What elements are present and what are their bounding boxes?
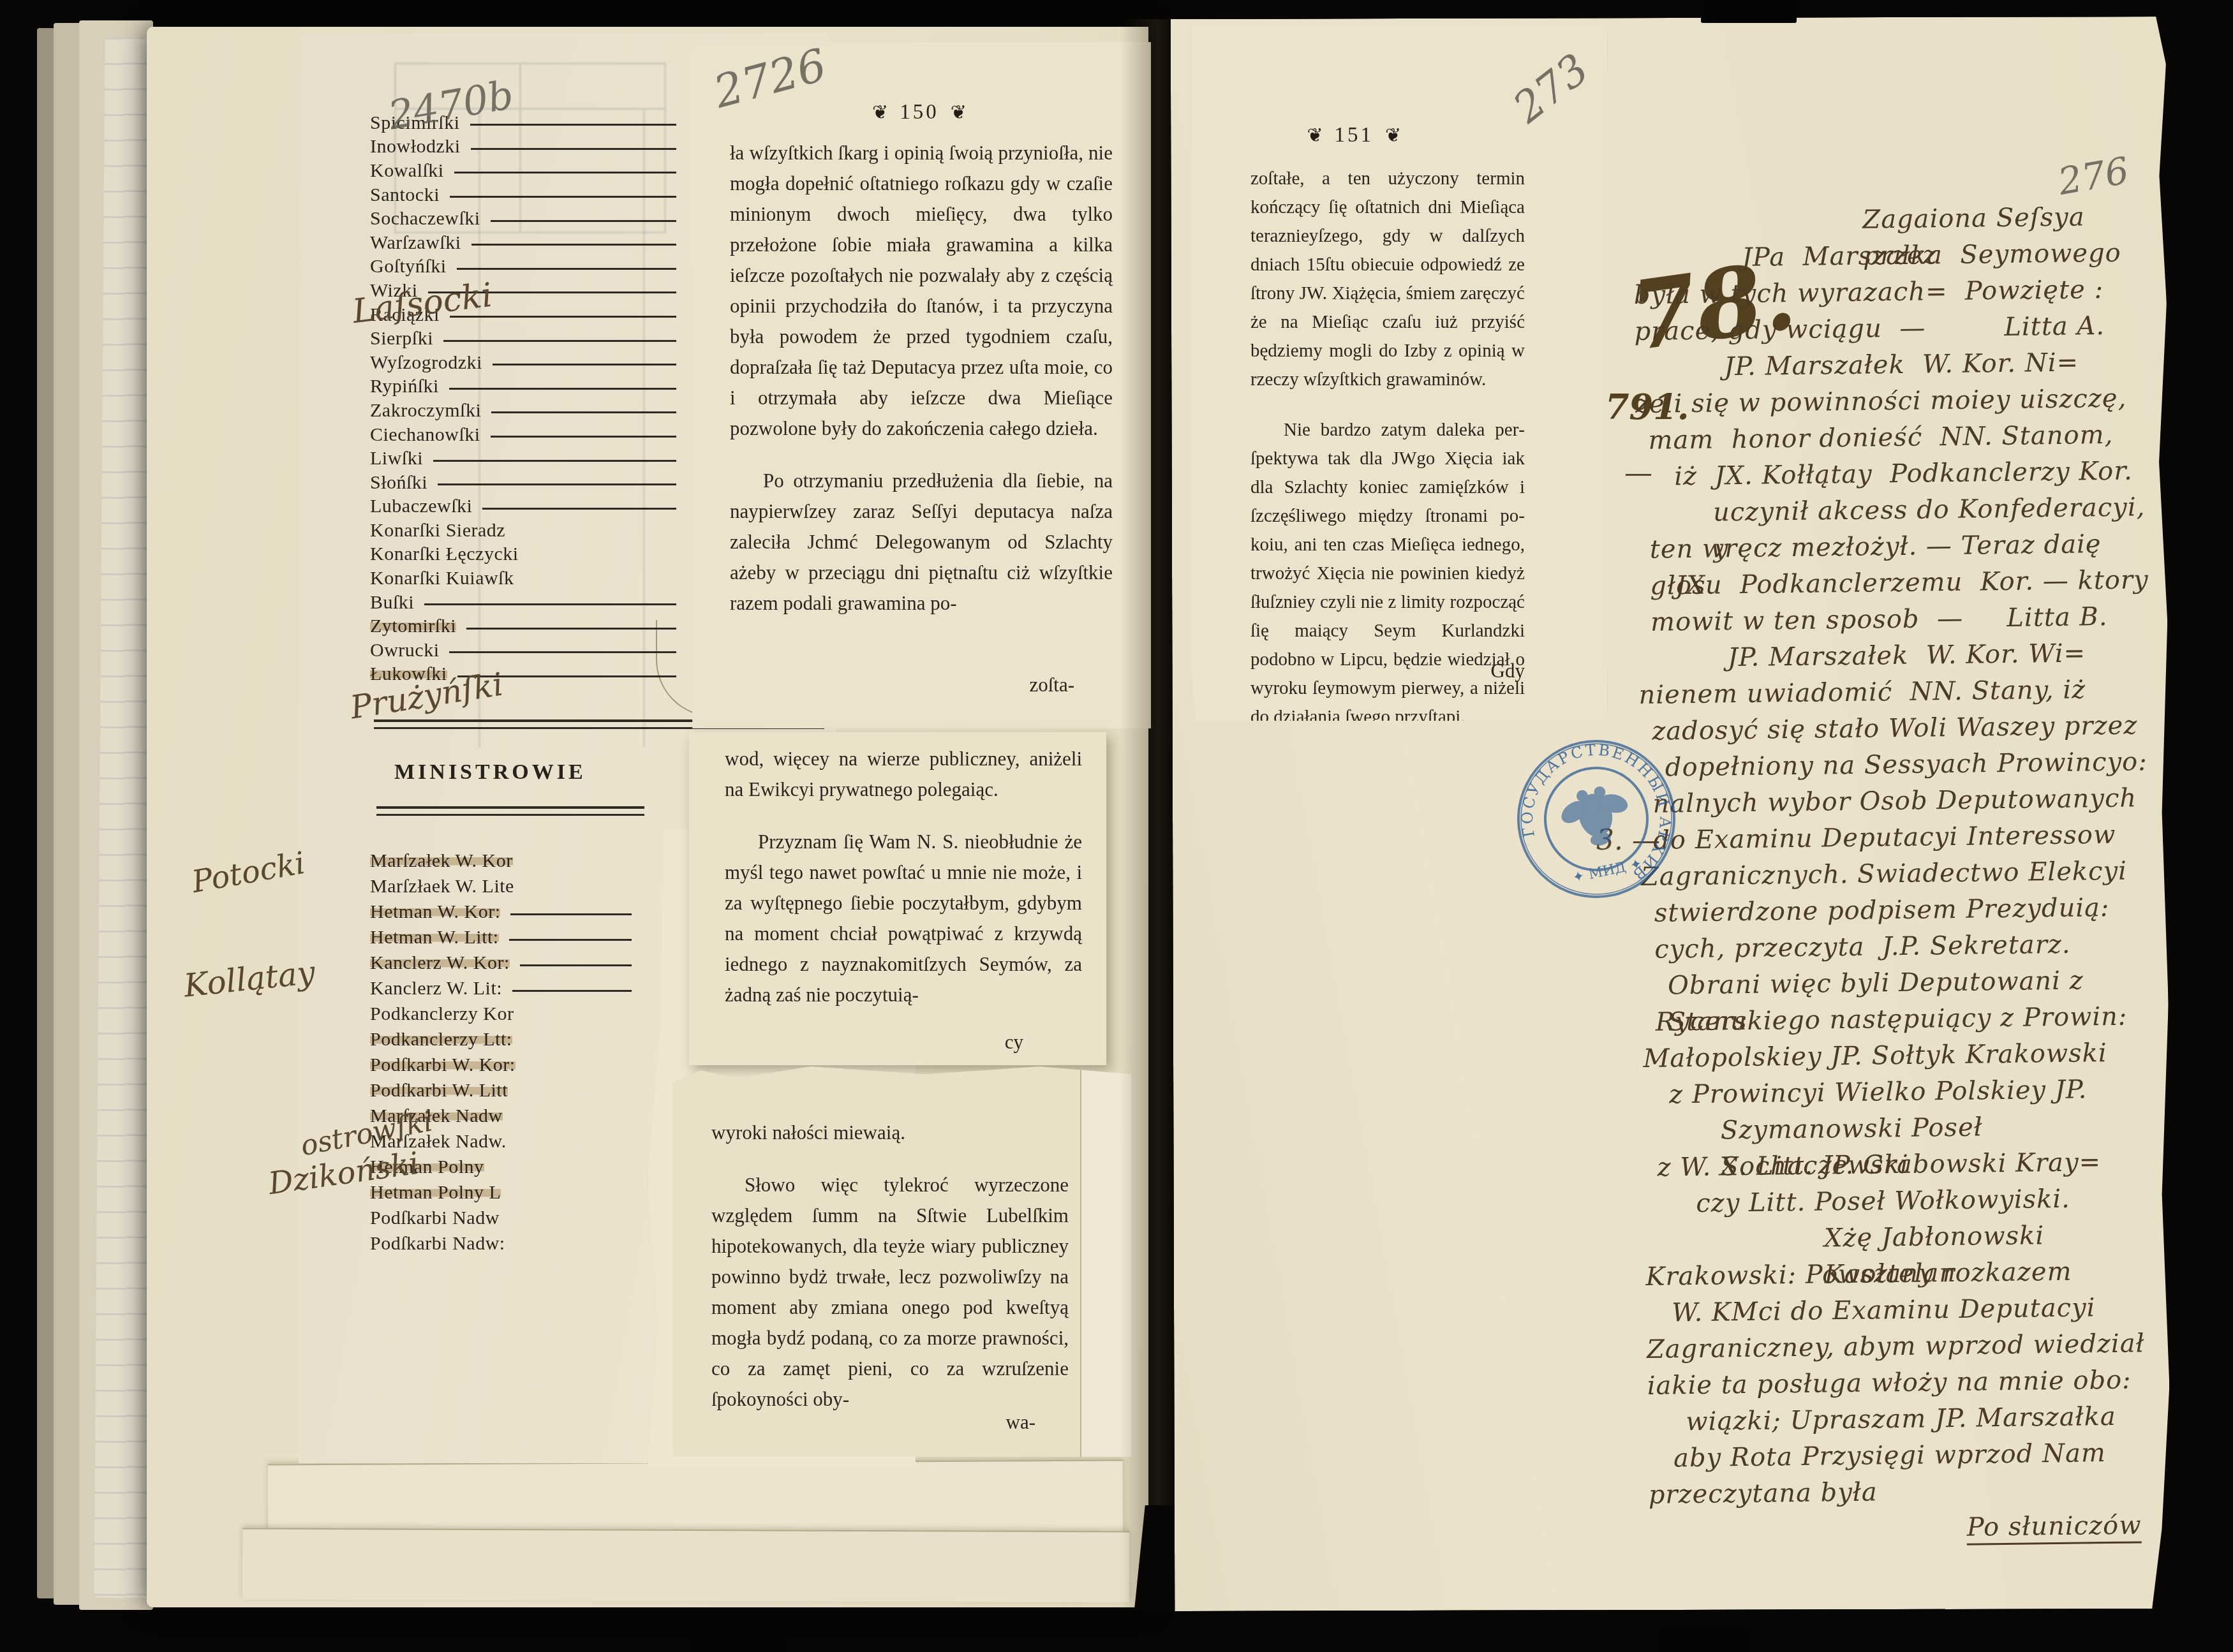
- minister-row: Hetman W. Litt:: [370, 925, 644, 950]
- printed-dash-rule: [491, 411, 676, 413]
- archive-book-scan: Spicimirſki Inowłodzki Kowalſki Santocki…: [0, 0, 2233, 1652]
- sejmik-name: Liwſki: [370, 448, 423, 469]
- sejmik-row: Zakroczymſki: [370, 399, 689, 423]
- floral-ornament: ❦: [861, 102, 900, 123]
- sejmik-name: Konarſki Sieradz: [370, 520, 505, 542]
- handwritten-line: ten wręcz mezłożył. — Teraz daię głos: [1636, 526, 2155, 568]
- handwritten-line: czy Litt. Poseł Wołkowyiski.: [1645, 1180, 2163, 1223]
- handwritten-line: Po słuniczów: [1649, 1507, 2167, 1550]
- sejmik-row: Inowłodzki: [370, 135, 689, 159]
- page-number: 151: [1335, 124, 1374, 147]
- handwritten-line: aby Rota Przysięgi wprzod Nam: [1648, 1434, 2167, 1477]
- handwritten-line: Szymanowski Poseł Sochaczewski: [1644, 1107, 2163, 1150]
- paragraph: Słowo więc tylekroć wyrzeczo­ne względem…: [711, 1170, 1069, 1415]
- printed-text-151: zoſtałe, a ten użyczony termin kończący …: [1250, 165, 1525, 753]
- handwritten-line: cych, przeczyta J.P. Sekretarz.: [1642, 926, 2160, 968]
- handwritten-line: JP. Marszałek W. Kor. Ni=: [1635, 344, 2153, 387]
- sejmik-row: Kowalſki: [370, 159, 689, 183]
- printed-dash-rule: [454, 172, 676, 173]
- printed-dash-rule: [510, 913, 632, 915]
- printed-dash-rule: [512, 990, 632, 992]
- handwritten-line: przeczytana była: [1649, 1471, 2167, 1514]
- sejmik-name: Konarſki Kuiawſk: [370, 568, 514, 589]
- paragraph: Nie bardzo zatym daleka per­ſpektywa tak…: [1250, 416, 1525, 732]
- paragraph: wod, więcey na wierze publiczney, aniżel…: [725, 744, 1082, 805]
- ministers-heading: MINISTROWIE: [394, 760, 586, 785]
- sejmik-row: Wyſzogrodzki: [370, 351, 689, 375]
- handwritten-line: Rycerskiego następuiący z Prowin:: [1642, 998, 2161, 1041]
- sejmik-name: Słońſki: [370, 472, 427, 494]
- minister-title: Podſkarbi W. Kor:: [370, 1054, 516, 1076]
- sejmik-row: Słońſki: [370, 471, 689, 495]
- paragraph: Przyznam ſię Wam N. S. nieobłu­dnie że m…: [725, 827, 1082, 1010]
- sejmik-row: Konarſki Łęczycki: [370, 543, 689, 567]
- paragraph: Po otrzymaniu przedłużenia dla ſiebie, n…: [730, 466, 1113, 619]
- handwritten-session-text: Zagaiona Seſsya przezJPa Marszałka Seymo…: [1633, 198, 2167, 1550]
- printed-fragment-wod: wod, więcey na wierze publiczney, aniżel…: [689, 732, 1106, 1065]
- floral-ornament: ❦: [939, 102, 978, 123]
- printed-dash-rule: [482, 508, 676, 510]
- sejmik-row: Owrucki: [370, 638, 689, 663]
- sejmik-name: Kowalſki: [370, 160, 444, 182]
- handwritten-line: W. KMci do Examinu Deputacyi: [1646, 1289, 2165, 1332]
- catchword: zoſta-: [1029, 674, 1074, 697]
- printed-dash-rule: [450, 196, 676, 198]
- sejmik-name: Sierpſki: [370, 328, 433, 350]
- handwritten-line: z Prowincyi Wielko Polskiey JP.: [1643, 1071, 2162, 1114]
- minister-title: Kanclerz W. Lit:: [370, 978, 502, 999]
- sejmik-name: Lubaczewſki: [370, 496, 472, 517]
- minister-row: Kanclerz W. Lit:: [370, 976, 644, 1001]
- handwritten-line: dopełniony na Sessyach Prowincyo:: [1640, 744, 2158, 786]
- printed-dash-rule: [491, 220, 676, 222]
- minister-row: Podſkarbi W. Litt: [370, 1078, 644, 1103]
- printed-dash-rule: [443, 340, 676, 342]
- minister-row: Hetman Polny L: [370, 1180, 644, 1206]
- handwritten-line: Xżę Jabłonowski Kasztelan: [1645, 1216, 2164, 1259]
- handwritten-line: Zagraniczney, abym wprzod wiedział: [1647, 1325, 2165, 1368]
- handwritten-line: JPa Marszałka Seymowego: [1633, 235, 2152, 277]
- printed-text-wod: wod, więcey na wierze publiczney, aniżel…: [725, 744, 1082, 1032]
- sejmik-name: Warſzawſki: [370, 232, 461, 254]
- sejmik-row: Ciechanowſki: [370, 423, 689, 447]
- double-rule: [376, 806, 644, 816]
- sejmik-row: Goſtyńſki: [370, 255, 689, 279]
- paragraph: wyroki nałości miewaią.: [711, 1117, 1069, 1148]
- page-stack-edge: [54, 23, 82, 1605]
- printed-dash-rule: [449, 388, 676, 390]
- sejmik-name: Zytomirſki: [370, 616, 456, 637]
- scanner-clamp: [1701, 0, 1797, 23]
- catchword: wa-: [1006, 1411, 1035, 1434]
- printed-fragment-wyroki: wyroki nałości miewaią. Słowo więc tylek…: [673, 1066, 1131, 1457]
- handwritten-line: mowit w ten sposob — Litta B.: [1638, 598, 2156, 641]
- sejmik-name: Owrucki: [370, 640, 439, 661]
- minister-row: Kanclerz W. Kor:: [370, 950, 644, 976]
- sejmik-list: Spicimirſki Inowłodzki Kowalſki Santocki…: [370, 111, 689, 686]
- printed-dash-rule: [493, 364, 676, 365]
- scanner-clamp: [1656, 1625, 1753, 1652]
- sejmik-name: Wyſzogrodzki: [370, 352, 482, 374]
- minister-title: Podſkarbi Nadw:: [370, 1233, 505, 1255]
- stamp-eagle: [1554, 781, 1638, 853]
- minister-row: Marſzałek W. Kor: [370, 848, 644, 874]
- handwritten-line: Krakowski: Powołany rozkazem: [1645, 1253, 2164, 1295]
- sejmik-row: Liwſki: [370, 446, 689, 471]
- handwritten-line: Małopolskiey JP. Sołtyk Krakowski: [1643, 1035, 2162, 1077]
- floral-ornament: ❦: [1374, 125, 1413, 146]
- handwritten-line: prace, gdy wciągu — Litta A.: [1634, 307, 2153, 350]
- paper-edge: [242, 1528, 1129, 1603]
- catchword: Gdy: [1491, 660, 1525, 682]
- minister-row: Podkanclerzy Kor: [370, 1001, 644, 1027]
- archive-stamp: ГОСУДАРСТВЕННЫЙ АРХИВ ✦ МИД ✦: [1494, 716, 1700, 922]
- handwritten-line: uczynił akcess do Konfederacyi, y: [1636, 489, 2155, 532]
- stamp-bottom-text: ✦ МИД ✦: [1571, 856, 1643, 886]
- printed-dash-rule: [450, 316, 676, 318]
- handwritten-line: Obrani więc byli Deputowani z Stanu: [1642, 962, 2161, 1005]
- printed-dash-rule: [471, 148, 676, 150]
- minister-row: Podſkarbi Nadw:: [370, 1231, 644, 1257]
- sejmik-row: Rypińſki: [370, 375, 689, 399]
- minister-row: Podſkarbi W. Kor:: [370, 1052, 644, 1078]
- printed-dash-rule: [491, 436, 676, 438]
- sejmik-name: Santocki: [370, 184, 440, 206]
- sejmik-row: Konarſki Sieradz: [370, 519, 689, 543]
- sejmik-row: Warſzawſki: [370, 231, 689, 255]
- handwritten-line: była w tych wyrazach= Powzięte :: [1634, 271, 2153, 314]
- printed-dash-rule: [457, 268, 676, 270]
- page-number: 150: [900, 101, 939, 124]
- minister-title: Hetman W. Litt:: [370, 927, 499, 948]
- sejmik-row: Sierpſki: [370, 327, 689, 351]
- paragraph: ła wſzyſtkich ſkarg i opinią ſwoią przyn…: [730, 138, 1113, 444]
- handwritten-line: zeli się w powinności moiey uiszczę,: [1635, 380, 2154, 423]
- sejmik-name: Inowłodzki: [370, 136, 461, 158]
- minister-title: Hetman W. Kor:: [370, 901, 500, 923]
- catchword: cy: [1005, 1031, 1023, 1054]
- minister-title: Podſkarbi W. Litt: [370, 1080, 508, 1102]
- sejmik-name: Sochaczewſki: [370, 208, 480, 230]
- handwritten-line: iż JX. Kołłątay Podkanclerzy Kor.: [1636, 453, 2155, 496]
- printed-dash-rule: [509, 939, 632, 941]
- handwritten-line: JP. Marszałek W. Kor. Wi=: [1638, 635, 2157, 677]
- minister-title: Podſkarbi Nadw: [370, 1207, 500, 1229]
- sejmik-row: Konarſki Kuiawſk: [370, 566, 689, 591]
- handwritten-line: zadosyć się stało Woli Waszey przez: [1639, 707, 2158, 750]
- printed-text-150: ła wſzyſtkich ſkarg i opinią ſwoią przyn…: [730, 138, 1113, 640]
- minister-title: Podkanclerzy Ltt:: [370, 1029, 512, 1051]
- printed-text-wyroki: wyroki nałości miewaią. Słowo więc tylek…: [711, 1117, 1069, 1436]
- sejmik-row: Sochaczewſki: [370, 207, 689, 231]
- handwritten-line: iakie ta posługa włoży na mnie obo:: [1647, 1362, 2165, 1405]
- sejmik-name: Konarſki Łęczycki: [370, 543, 519, 565]
- sejmik-row: Buſki: [370, 591, 689, 615]
- printed-fragment-page-150: 2726 ❦150❦ ła wſzyſtkich ſkarg i opinią …: [688, 42, 1151, 728]
- printed-dash-rule: [466, 628, 676, 630]
- minister-row: Hetman W. Kor:: [370, 899, 644, 925]
- sejmik-name: Rypińſki: [370, 376, 439, 397]
- printed-fragment-page-151: ❦151❦ zoſtałe, a ten użyczony termin koń…: [1192, 22, 1608, 721]
- printed-dash-rule: [520, 964, 632, 966]
- minister-title: Marſzłaek W. Lite: [370, 876, 514, 897]
- handwritten-line: mam honor donieść NN. Stanom,: [1635, 417, 2154, 459]
- printed-dash-rule: [433, 460, 676, 462]
- page-stack-edge: [37, 28, 55, 1598]
- ministers-list: Marſzałek W. Kor Marſzłaek W. Lite Hetma…: [370, 848, 644, 1257]
- minister-row: Marſzłaek W. Lite: [370, 874, 644, 899]
- handwritten-line: nalnych wybor Osob Deputowanych: [1640, 780, 2158, 823]
- sejmik-name: Zakroczymſki: [370, 400, 481, 422]
- handwritten-line: stwierdzone podpisem Prezyduią:: [1641, 889, 2160, 932]
- handwritten-line: z W. X. Litt. JP. Grabowski Kray=: [1644, 1144, 2163, 1186]
- handwritten-line: wiązki; Upraszam JP. Marszałka: [1647, 1398, 2166, 1441]
- minister-title: Kanclerz W. Kor:: [370, 952, 510, 974]
- printed-dash-rule: [471, 244, 676, 246]
- page-header-151: ❦151❦: [1192, 124, 1517, 147]
- sejmik-name: Buſki: [370, 592, 414, 614]
- scanner-clamp: [686, 1621, 789, 1652]
- printed-dash-rule: [470, 124, 677, 126]
- handwritten-line: do Examinu Deputacyi Interessow: [1640, 816, 2159, 859]
- handwritten-line: Zagaiona Seſsya przez: [1633, 198, 2151, 241]
- minister-row: Podſkarbi Nadw: [370, 1206, 644, 1231]
- scanner-clamp: [627, 0, 723, 27]
- printed-dash-rule: [438, 483, 676, 485]
- handwritten-line: nienem uwiadomić NN. Stany, iż: [1638, 671, 2157, 714]
- handwritten-line: Zagranicznych. Swiadectwo Elekcyi: [1641, 853, 2160, 896]
- sejmik-row: Santocki: [370, 183, 689, 207]
- sejmik-row: Zytomirſki: [370, 614, 689, 638]
- handwritten-line: JXu Podkanclerzemu Kor. — ktory: [1637, 562, 2156, 605]
- sejmik-name: Ciechanowſki: [370, 424, 480, 446]
- minister-row: Podkanclerzy Ltt:: [370, 1027, 644, 1052]
- sejmik-name: Goſtyńſki: [370, 256, 447, 277]
- floral-ornament: ❦: [1295, 125, 1334, 146]
- printed-dash-rule: [449, 651, 676, 653]
- sejmik-row: Lubaczewſki: [370, 495, 689, 519]
- page-header-150: ❦150❦: [688, 101, 1151, 124]
- minister-title: Marſzałek W. Kor: [370, 850, 513, 872]
- printed-dash-rule: [424, 603, 676, 605]
- minister-title: Podkanclerzy Kor: [370, 1003, 514, 1025]
- paragraph: zoſtałe, a ten użyczony termin kończący …: [1250, 165, 1525, 394]
